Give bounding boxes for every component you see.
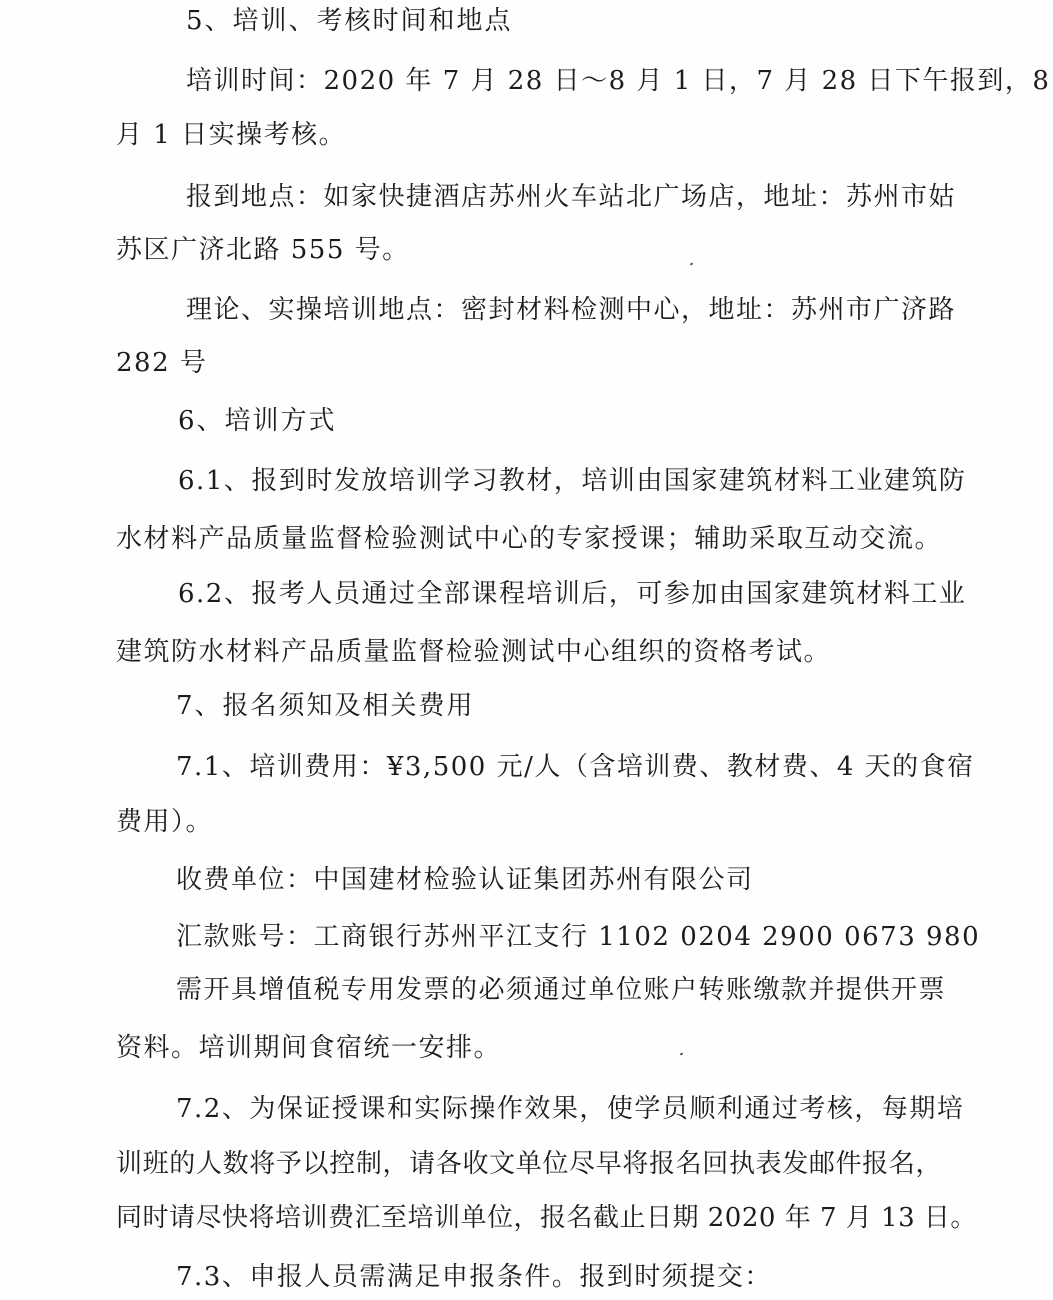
paragraph-line: 7.1、培训费用：¥3,500 元/人（含培训费、教材费、4 天的食宿 (176, 750, 942, 784)
paragraph-line: 资料。培训期间食宿统一安排。 (116, 1031, 501, 1065)
scan-speck (680, 1052, 684, 1055)
paragraph-line: 7.2、为保证授课和实际操作效果，使学员顺利通过考核，每期培 (176, 1092, 942, 1126)
paragraph-line: 月 1 日实操考核。 (116, 118, 346, 152)
paragraph-line: 6.2、报考人员通过全部课程培训后，可参加由国家建筑材料工业 (178, 577, 942, 611)
section-heading-5: 5、培训、考核时间和地点 (186, 4, 513, 38)
paragraph-line: 苏区广济北路 555 号。 (116, 233, 410, 267)
payee-line: 收费单位：中国建材检验认证集团苏州有限公司 (176, 863, 754, 897)
paragraph-line: 水材料产品质量监督检验测试中心的专家授课；辅助采取互动交流。 (116, 522, 942, 556)
scan-speck (690, 262, 694, 265)
section-heading-6: 6、培训方式 (178, 404, 337, 438)
paragraph-line: 需开具增值税专用发票的必须通过单位账户转账缴款并提供开票 (176, 973, 942, 1007)
paragraph-line: 理论、实操培训地点：密封材料检测中心，地址：苏州市广济路 (186, 293, 942, 327)
paragraph-line: 费用）。 (116, 805, 213, 839)
account-number-line: 汇款账号：工商银行苏州平江支行 1102 0204 2900 0673 980 (176, 920, 980, 954)
paragraph-line: 7.3、申报人员需满足申报条件。报到时须提交： (176, 1260, 772, 1294)
paragraph-line: 报到地点：如家快捷酒店苏州火车站北广场店，地址：苏州市姑 (186, 180, 942, 214)
paragraph-line: 6.1、报到时发放培训学习教材，培训由国家建筑材料工业建筑防 (178, 464, 942, 498)
paragraph-line: 培训时间：2020 年 7 月 28 日～8 月 1 日，7 月 28 日下午报… (186, 64, 942, 98)
paragraph-line: 282 号 (116, 346, 207, 380)
section-heading-7: 7、报名须知及相关费用 (176, 689, 475, 723)
paragraph-line: 训班的人数将予以控制，请各收文单位尽早将报名回执表发邮件报名， (116, 1147, 942, 1181)
paragraph-line: 同时请尽快将培训费汇至培训单位，报名截止日期 2020 年 7 月 13 日。 (116, 1201, 926, 1235)
paragraph-line: 建筑防水材料产品质量监督检验测试中心组织的资格考试。 (116, 635, 831, 669)
document-page: 5、培训、考核时间和地点 培训时间：2020 年 7 月 28 日～8 月 1 … (0, 0, 1053, 1300)
